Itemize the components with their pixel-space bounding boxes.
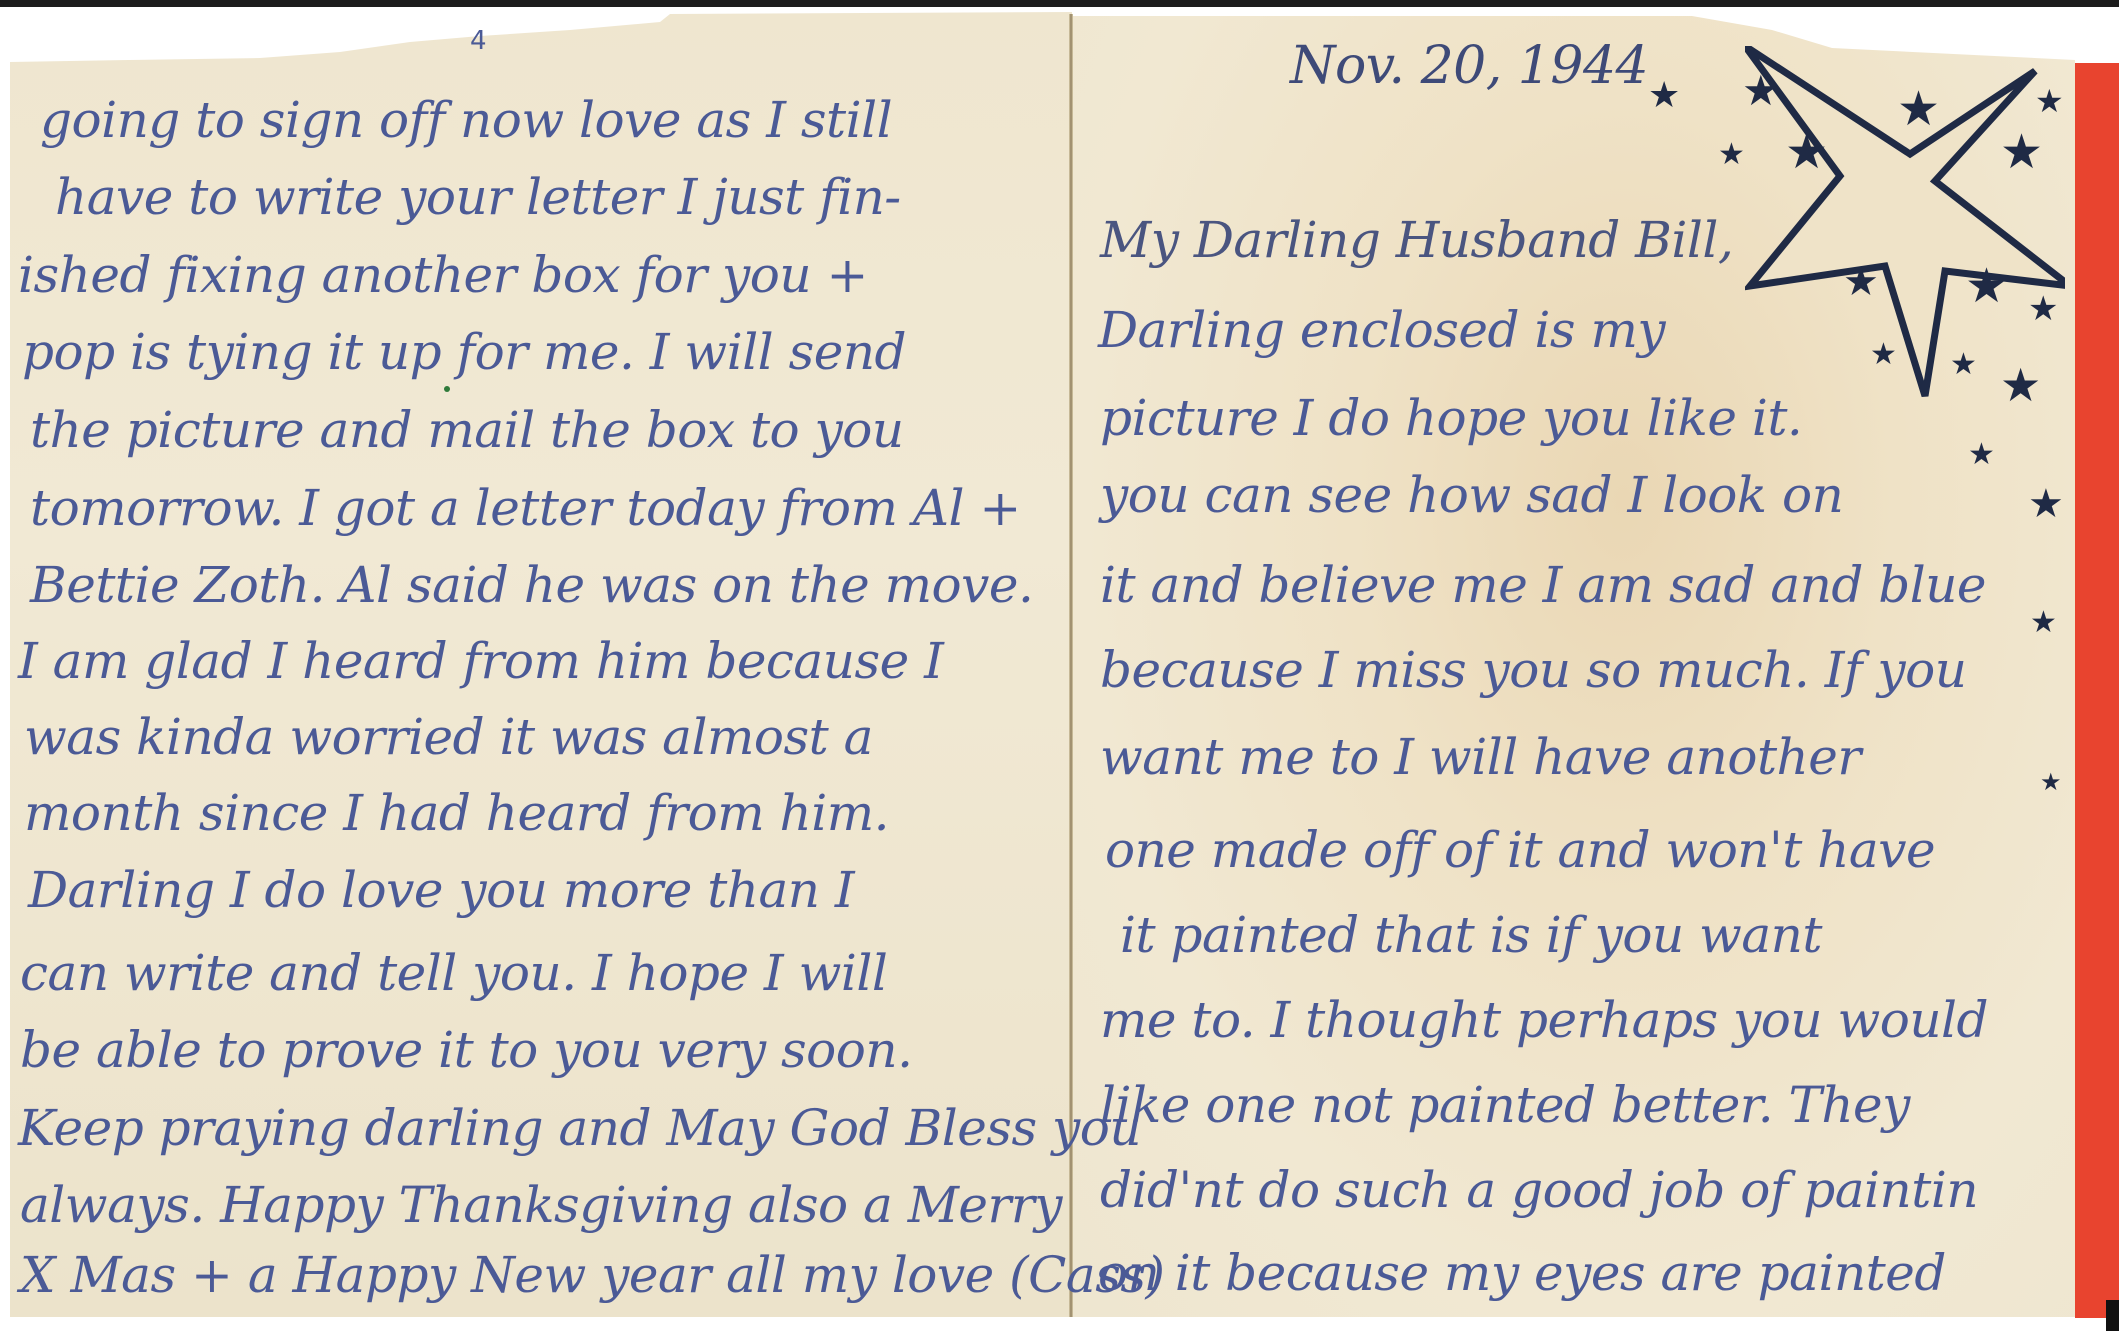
letter-line: going to sign off now love as I still [40, 95, 892, 145]
letter-line: Keep praying darling and May God Bless y… [18, 1103, 1141, 1153]
letter-line: pop is tying it up for me. I will send [22, 327, 906, 377]
star-icon: ★ [2000, 362, 2041, 408]
star-icon: ★ [1870, 340, 1897, 370]
letter-line: ished fixing another box for you + [18, 250, 868, 300]
letter-line: like one not painted better. They [1100, 1080, 1910, 1130]
letter-line: because I miss you so much. If you [1100, 645, 1966, 695]
star-icon: ★ [2030, 608, 2057, 638]
letter-line: one made off of it and won't have [1105, 825, 1935, 875]
star-icon: ★ [2028, 484, 2064, 524]
letter-line: tomorrow. I got a letter today from Al + [30, 483, 1021, 533]
letter-greeting: My Darling Husband Bill, [1100, 215, 1733, 265]
letter-line: it painted that is if you want [1120, 910, 1822, 960]
letter-line: did'nt do such a good job of paintin [1100, 1165, 1978, 1215]
letter-line: picture I do hope you like it. [1100, 393, 1802, 443]
star-icon: ★ [1968, 440, 1995, 470]
letter-line: be able to prove it to you very soon. [20, 1025, 912, 1075]
letter-date: Nov. 20, 1944 [1290, 40, 1648, 92]
letter-line: X Mas + a Happy New year all my love (Ca… [20, 1250, 1165, 1300]
star-icon: ★ [1785, 128, 1828, 176]
star-icon: ★ [1742, 70, 1780, 112]
letter-line: you can see how sad I look on [1100, 470, 1843, 520]
letter-line: it and believe me I am sad and blue [1100, 560, 1986, 610]
star-icon: ★ [1897, 85, 1940, 133]
star-icon: ★ [1843, 262, 1879, 302]
scanner-corner-shadow [2106, 1300, 2119, 1331]
letter-line: want me to I will have another [1100, 732, 1861, 782]
letter-line: have to write your letter I just fin- [55, 172, 901, 222]
ink-speck [444, 386, 450, 392]
letter-line: the picture and mail the box to you [30, 405, 904, 455]
letter-line: Bettie Zoth. Al said he was on the move. [30, 560, 1033, 610]
red-border-stripe [2075, 63, 2119, 1318]
page-number: 4 [470, 26, 487, 56]
star-icon: ★ [2040, 770, 2062, 794]
scanner-top-edge [0, 0, 2119, 7]
star-icon: ★ [1965, 262, 2008, 310]
star-icon: ★ [1648, 78, 1680, 114]
letter-line: I am glad I heard from him because I [18, 636, 943, 686]
star-icon: ★ [1950, 350, 1977, 380]
star-icon: ★ [2035, 85, 2064, 117]
letter-line: Darling enclosed is my [1098, 305, 1665, 355]
star-icon: ★ [2028, 292, 2058, 326]
letter-line: on it because my eyes are painted [1098, 1248, 1946, 1298]
letter-line: Darling I do love you more than I [28, 865, 854, 915]
star-icon: ★ [2000, 128, 2043, 176]
letter-line: always. Happy Thanksgiving also a Merry [20, 1180, 1062, 1230]
letter-line: month since I had heard from him. [24, 788, 889, 838]
letter-line: was kinda worried it was almost a [24, 712, 873, 762]
letter-line: can write and tell you. I hope I will [20, 948, 887, 998]
star-icon: ★ [1718, 140, 1745, 170]
letter-line: me to. I thought perhaps you would [1100, 995, 1988, 1045]
